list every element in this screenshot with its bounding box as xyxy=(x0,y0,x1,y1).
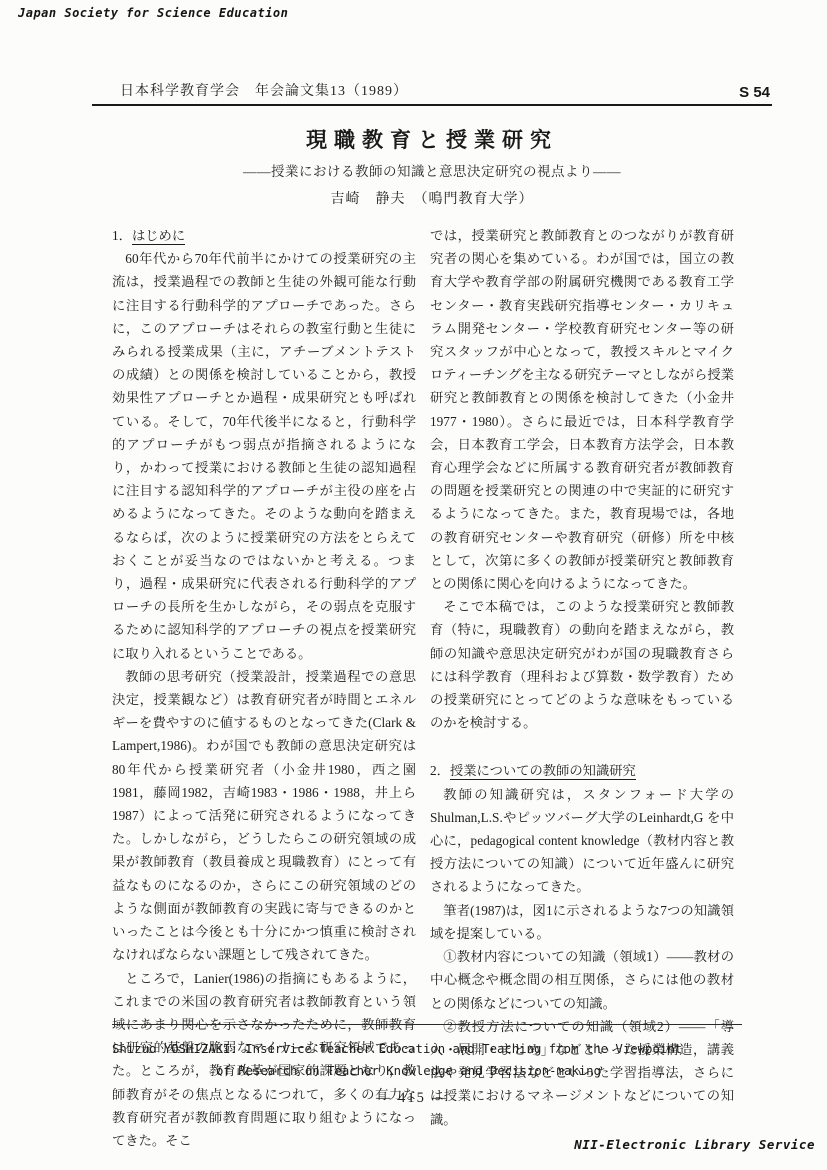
column-right: では，授業研究と教師教育とのつながりが教育研究者の関心を集めている。わが国では，… xyxy=(430,224,734,1152)
section-title: はじめに xyxy=(132,228,185,245)
footnote-divider xyxy=(112,1024,742,1025)
library-watermark-top: Japan Society for Science Education xyxy=(18,6,288,20)
footer-citation: Shizuo YOSHIZAKI: Inservice Teacher Educ… xyxy=(112,1038,752,1082)
footer-citation-line2: of Research on Teacher Knowledge and Dec… xyxy=(112,1060,752,1082)
footer-citation-line1: Shizuo YOSHIZAKI: Inservice Teacher Educ… xyxy=(112,1038,752,1060)
scanned-paper-page: Japan Society for Science Education 日本科学… xyxy=(0,0,827,1170)
title-block: 現職教育と授業研究 ——授業における教師の知識と意思決定研究の視点より—— 吉崎… xyxy=(92,124,772,208)
paragraph: そこで本稿では，このような授業研究と教師教育（特に，現職教育）の動向を踏まえなが… xyxy=(430,595,734,734)
journal-title: 日本科学教育学会 年会論文集13（1989） xyxy=(120,80,408,100)
page-number: — 415 — xyxy=(92,1090,732,1107)
section-heading: 2．授業についての教師の知識研究 xyxy=(430,759,734,782)
paragraph: 教師の知識研究は，スタンフォード大学のShulman,L.S.やピッツバーグ大学… xyxy=(430,783,734,899)
library-watermark-bottom: NII-Electronic Library Service xyxy=(574,1137,815,1152)
section-number: 1． xyxy=(112,228,132,243)
author-line: 吉崎 静夫 （鳴門教育大学） xyxy=(92,188,772,208)
journal-header: 日本科学教育学会 年会論文集13（1989） S 54 xyxy=(92,76,772,106)
paper-subtitle: ——授業における教師の知識と意思決定研究の視点より—— xyxy=(92,160,772,180)
paragraph: では，授業研究と教師教育とのつながりが教育研究者の関心を集めている。わが国では，… xyxy=(430,224,734,595)
paragraph: 筆者(1987)は，図1に示されるような7つの知識領域を提案している。 xyxy=(430,899,734,945)
paper-title: 現職教育と授業研究 xyxy=(92,124,772,154)
paragraph: ①教材内容についての知識（領域1）——教材の中心概念や概念間の相互関係，さらには… xyxy=(430,945,734,1015)
section-heading: 1．はじめに xyxy=(112,224,416,247)
body-columns: 1．はじめに60年代から70年代前半にかけての授業研究の主流は，授業過程での教師… xyxy=(112,224,734,1152)
page-code: S 54 xyxy=(739,84,770,101)
paragraph: 60年代から70年代前半にかけての授業研究の主流は，授業過程での教師と生徒の外観… xyxy=(112,247,416,665)
section-number: 2． xyxy=(430,763,450,778)
section-title: 授業についての教師の知識研究 xyxy=(450,763,636,780)
column-left: 1．はじめに60年代から70年代前半にかけての授業研究の主流は，授業過程での教師… xyxy=(112,224,416,1152)
paragraph: 教師の思考研究（授業設計，授業過程での意思決定，授業観など）は教育研究者が時間と… xyxy=(112,665,416,967)
